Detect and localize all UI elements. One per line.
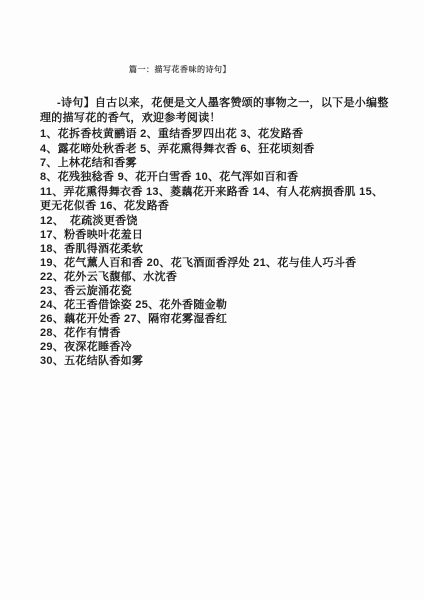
section-header: 篇一：描写花香味的诗句】: [129, 64, 231, 75]
poem-line-9: 18、香肌得酒花柔软: [40, 242, 143, 256]
poem-line-8: 17、粉香映叶花羞日: [40, 228, 143, 242]
poem-line-10: 19、花气薰人百和香 20、花飞酒面香浮处 21、花与佳人巧斗香: [40, 256, 356, 270]
poem-line-17: 30、五花结队香如雾: [40, 354, 143, 368]
poem-line-7: 12、 花疏淡更香饶: [40, 214, 138, 228]
poem-line-5: 11、弄花熏得舞衣香 13、菱藕花开来路香 14、有人花病损香肌 15、: [40, 185, 383, 199]
poem-line-14: 26、藕花开处香 27、隔帘花雾湿香红: [40, 312, 227, 326]
poem-line-12: 23、香云旋涌花瓷: [40, 284, 132, 298]
poem-line-1: 1、花拆香枝黄鹂语 2、重结香罗四出花 3、花发路香: [40, 127, 303, 141]
poem-line-15: 28、花作有情香: [40, 326, 121, 340]
poem-line-11: 22、花外云飞馥郁、水沈香: [40, 270, 177, 284]
poem-line-6: 更无花似香 16、花发路香: [40, 199, 169, 213]
intro-line-2: 理的描写花的香气，欢迎参考阅读！: [40, 111, 221, 125]
intro-line-1: -诗句】自古以来，花便是文人墨客赞颂的事物之一，以下是小编整: [57, 96, 389, 110]
poem-line-16: 29、夜深花睡香冷: [40, 340, 132, 354]
document-page: 篇一：描写花香味的诗句】 -诗句】自古以来，花便是文人墨客赞颂的事物之一，以下是…: [0, 0, 424, 600]
poem-line-2: 4、露花啼处秋香老 5、弄花熏得舞衣香 6、狂花顷刻香: [40, 142, 315, 156]
poem-line-3: 7、上林花结和香雾: [40, 156, 137, 170]
poem-line-4: 8、花残独稔香 9、花开白雪香 10、花气浑如百和香: [40, 170, 298, 184]
poem-line-13: 24、花王香借馀姿 25、花外香随金勒: [40, 298, 227, 312]
